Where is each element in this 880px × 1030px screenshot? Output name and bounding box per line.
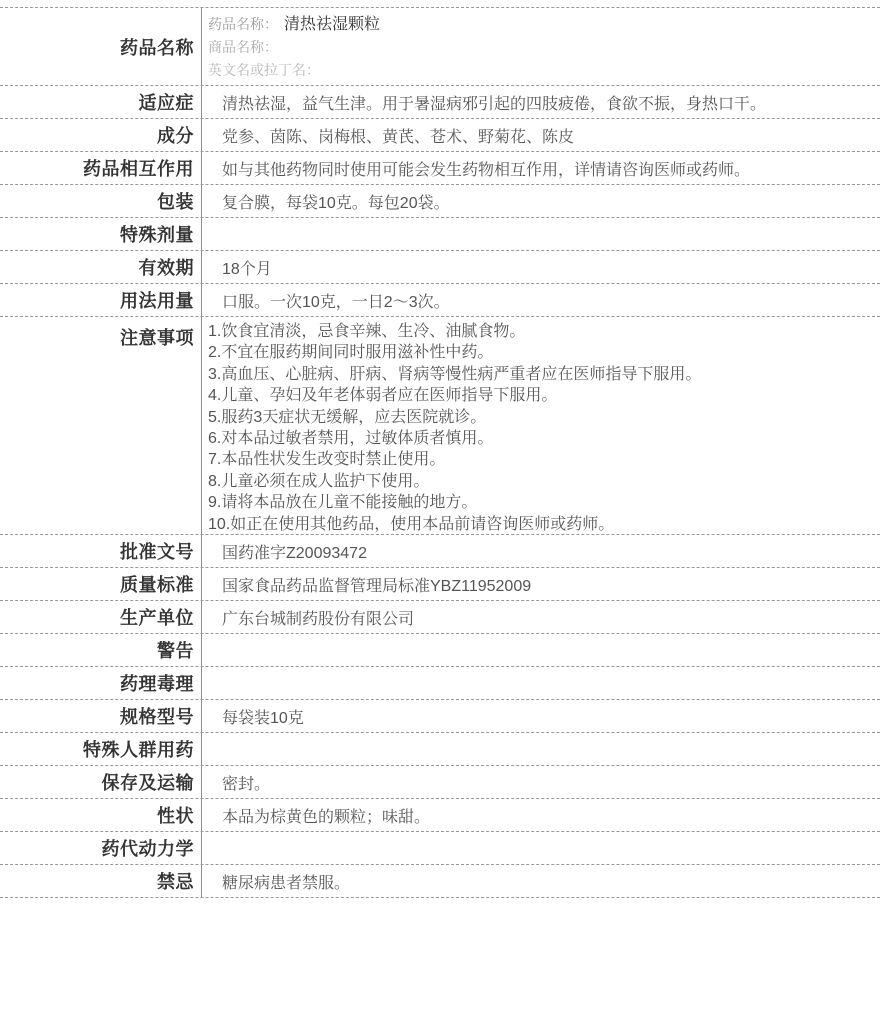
row-label: 注意事项	[0, 317, 202, 534]
row-special-dosage: 特殊剂量	[0, 218, 880, 251]
row-label: 药品相互作用	[0, 152, 202, 184]
row-label: 成分	[0, 119, 202, 151]
row-storage-transport: 保存及运输 密封。	[0, 766, 880, 799]
row-value: 口服。一次10克，一日2～3次。	[202, 284, 880, 316]
row-drug-interactions: 药品相互作用 如与其他药物同时使用可能会发生药物相互作用，详情请咨询医师或药师。	[0, 152, 880, 185]
row-value: 国药准字Z20093472	[202, 535, 880, 567]
row-value	[202, 218, 880, 250]
row-label: 规格型号	[0, 700, 202, 732]
row-manufacturer: 生产单位 广东台城制药股份有限公司	[0, 601, 880, 634]
row-label: 药理毒理	[0, 667, 202, 699]
drug-name-line: 药品名称：清热祛湿颗粒	[208, 13, 880, 36]
row-precautions: 注意事项 1.饮食宜清淡，忌食辛辣、生冷、油腻食物。 2.不宜在服药期间同时服用…	[0, 317, 880, 535]
row-pharmacology-toxicology: 药理毒理	[0, 667, 880, 700]
row-special-population-use: 特殊人群用药	[0, 733, 880, 766]
row-label: 警告	[0, 634, 202, 666]
row-label: 保存及运输	[0, 766, 202, 798]
row-value: 18个月	[202, 251, 880, 283]
row-specification: 规格型号 每袋装10克	[0, 700, 880, 733]
row-description: 性状 本品为棕黄色的颗粒；味甜。	[0, 799, 880, 832]
row-value	[202, 832, 880, 864]
row-label: 包装	[0, 185, 202, 217]
row-label: 适应症	[0, 86, 202, 118]
precaution-line: 2.不宜在服药期间同时服用滋补性中药。	[208, 342, 880, 363]
row-label: 质量标准	[0, 568, 202, 600]
row-contraindications: 禁忌 糖尿病患者禁服。	[0, 865, 880, 898]
latin-name-line: 英文名或拉丁名：	[208, 59, 880, 82]
precaution-line: 1.饮食宜清淡，忌食辛辣、生冷、油腻食物。	[208, 321, 880, 342]
row-value: 国家食品药品监督管理局标准YBZ11952009	[202, 568, 880, 600]
row-dosage-administration: 用法用量 口服。一次10克，一日2～3次。	[0, 284, 880, 317]
row-value	[202, 634, 880, 666]
precautions-list: 1.饮食宜清淡，忌食辛辣、生冷、油腻食物。 2.不宜在服药期间同时服用滋补性中药…	[202, 317, 880, 534]
precaution-line: 6.对本品过敏者禁用，过敏体质者慎用。	[208, 428, 880, 449]
row-value: 如与其他药物同时使用可能会发生药物相互作用，详情请咨询医师或药师。	[202, 152, 880, 184]
row-value: 党参、茵陈、岗梅根、黄芪、苍术、野菊花、陈皮	[202, 119, 880, 151]
drug-name-value: 清热祛湿颗粒	[284, 16, 380, 33]
precaution-line: 3.高血压、心脏病、肝病、肾病等慢性病严重者应在医师指导下服用。	[208, 364, 880, 385]
trade-name-prefix: 商品名称：	[208, 39, 278, 55]
row-value: 本品为棕黄色的颗粒；味甜。	[202, 799, 880, 831]
latin-name-prefix: 英文名或拉丁名：	[208, 62, 320, 78]
row-value	[202, 733, 880, 765]
precaution-line: 9.请将本品放在儿童不能接触的地方。	[208, 492, 880, 513]
row-value: 复合膜，每袋10克。每包20袋。	[202, 185, 880, 217]
row-label: 批准文号	[0, 535, 202, 567]
row-label: 特殊人群用药	[0, 733, 202, 765]
row-label: 药代动力学	[0, 832, 202, 864]
drug-info-table: 药品名称 药品名称：清热祛湿颗粒 商品名称： 英文名或拉丁名： 适应症 清热祛湿…	[0, 7, 880, 898]
row-value	[202, 667, 880, 699]
row-approval-number: 批准文号 国药准字Z20093472	[0, 535, 880, 568]
row-label: 有效期	[0, 251, 202, 283]
precaution-line: 7.本品性状发生改变时禁止使用。	[208, 449, 880, 470]
row-label: 禁忌	[0, 865, 202, 897]
precaution-line: 5.服药3天症状无缓解，应去医院就诊。	[208, 407, 880, 428]
row-value: 每袋装10克	[202, 700, 880, 732]
row-packaging: 包装 复合膜，每袋10克。每包20袋。	[0, 185, 880, 218]
row-indications: 适应症 清热祛湿，益气生津。用于暑湿病邪引起的四肢疲倦，食欲不振，身热口干。	[0, 86, 880, 119]
drug-name-cell: 药品名称：清热祛湿颗粒 商品名称： 英文名或拉丁名：	[202, 8, 880, 85]
row-label: 生产单位	[0, 601, 202, 633]
drug-name-prefix: 药品名称：	[208, 16, 278, 32]
row-label: 药品名称	[0, 8, 202, 85]
row-ingredients: 成分 党参、茵陈、岗梅根、黄芪、苍术、野菊花、陈皮	[0, 119, 880, 152]
row-value: 清热祛湿，益气生津。用于暑湿病邪引起的四肢疲倦，食欲不振，身热口干。	[202, 86, 880, 118]
row-shelf-life: 有效期 18个月	[0, 251, 880, 284]
row-pharmacokinetics: 药代动力学	[0, 832, 880, 865]
row-label: 性状	[0, 799, 202, 831]
precaution-line: 10.如正在使用其他药品，使用本品前请咨询医师或药师。	[208, 514, 880, 534]
row-warning: 警告	[0, 634, 880, 667]
precaution-line: 8.儿童必须在成人监护下使用。	[208, 471, 880, 492]
row-label: 特殊剂量	[0, 218, 202, 250]
row-label: 用法用量	[0, 284, 202, 316]
row-value: 广东台城制药股份有限公司	[202, 601, 880, 633]
row-quality-standard: 质量标准 国家食品药品监督管理局标准YBZ11952009	[0, 568, 880, 601]
trade-name-line: 商品名称：	[208, 36, 880, 59]
row-drug-name: 药品名称 药品名称：清热祛湿颗粒 商品名称： 英文名或拉丁名：	[0, 8, 880, 86]
precaution-line: 4.儿童、孕妇及年老体弱者应在医师指导下服用。	[208, 385, 880, 406]
row-value: 糖尿病患者禁服。	[202, 865, 880, 897]
row-value: 密封。	[202, 766, 880, 798]
